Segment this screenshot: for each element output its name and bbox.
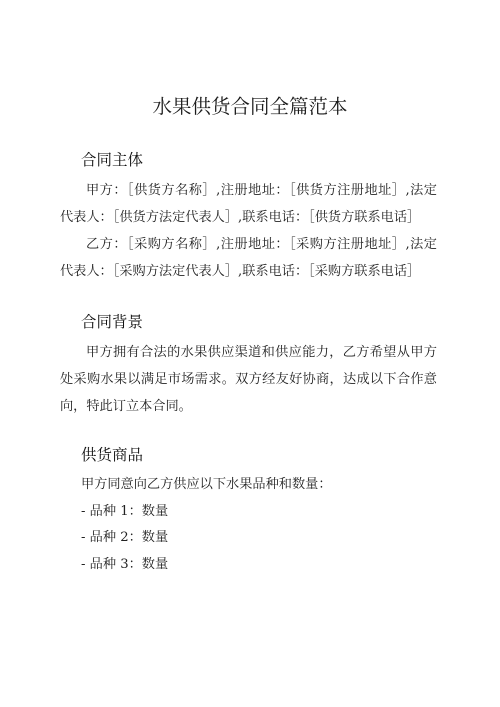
- party-a-paragraph: 甲方：［供货方名称］,注册地址：［供货方注册地址］,法定代表人：［供货方法定代表…: [60, 177, 437, 231]
- list-item: - 品种 1：数量: [81, 499, 437, 526]
- background-paragraph: 甲方拥有合法的水果供应渠道和供应能力，乙方希望从甲方处采购水果以满足市场需求。双…: [60, 339, 437, 420]
- section-contract-parties: 合同主体 甲方：［供货方名称］,注册地址：［供货方注册地址］,法定代表人：［供货…: [81, 150, 437, 285]
- section-heading: 合同背景: [81, 312, 437, 332]
- document-title: 水果供货合同全篇范本: [0, 94, 500, 120]
- list-item: - 品种 3：数量: [81, 552, 437, 579]
- section-heading: 合同主体: [81, 150, 437, 170]
- party-b-paragraph: 乙方：［采购方名称］,注册地址：［采购方注册地址］,法定代表人：［采购方法定代表…: [60, 231, 437, 285]
- document-page: 水果供货合同全篇范本 合同主体 甲方：［供货方名称］,注册地址：［供货方注册地址…: [0, 0, 500, 707]
- section-supply-goods: 供货商品 甲方同意向乙方供应以下水果品种和数量： - 品种 1：数量 - 品种 …: [81, 445, 437, 579]
- list-item: - 品种 2：数量: [81, 525, 437, 552]
- section-contract-background: 合同背景 甲方拥有合法的水果供应渠道和供应能力，乙方希望从甲方处采购水果以满足市…: [81, 312, 437, 420]
- supply-intro: 甲方同意向乙方供应以下水果品种和数量：: [81, 472, 437, 499]
- section-heading: 供货商品: [81, 445, 437, 465]
